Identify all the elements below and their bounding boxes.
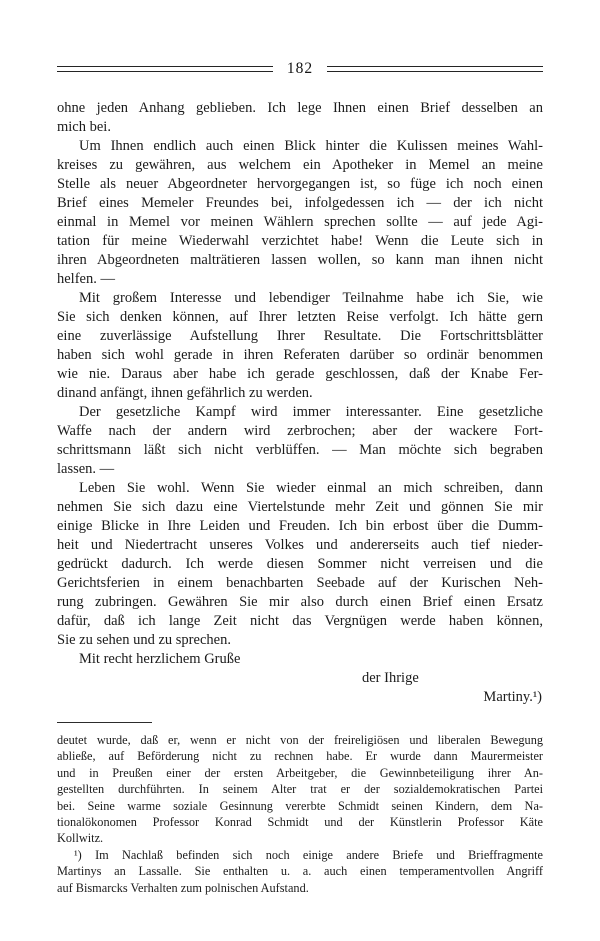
text-line: dinand anfängt, ihnen gefährlich zu werd… xyxy=(57,384,543,403)
text-line: wie nie. Daraus aber habe ich gerade ges… xyxy=(57,365,543,384)
text-line: Um Ihnen endlich auch einen Blick hinter… xyxy=(57,137,543,156)
paragraph: Mit recht herzlichem Gruße xyxy=(57,650,543,669)
footnote-separator xyxy=(57,722,152,723)
text-line: lassen. — xyxy=(57,460,543,479)
text-line: Sie sich denken können, auf Ihrer letzte… xyxy=(57,308,543,327)
paragraph: Der gesetzliche Kampf wird immer interes… xyxy=(57,403,543,479)
text-line: Mit recht herzlichem Gruße xyxy=(57,650,543,669)
text-line: gestellten durchführten. In seinem Alter… xyxy=(57,781,543,797)
text-line: tionalökonomen Professor Konrad Schmidt … xyxy=(57,814,543,830)
text-line: haben sich wohl gerade in ihren Referate… xyxy=(57,346,543,365)
text-line: Gerichtsferien in einem benachbarten See… xyxy=(57,574,543,593)
text-line: gedrückt dadurch. Ich werde diesen Somme… xyxy=(57,555,543,574)
text-line: Leben Sie wohl. Wenn Sie wieder einmal a… xyxy=(57,479,543,498)
book-page: 182 ohne jeden Anhang geblieben. Ich leg… xyxy=(0,0,600,941)
text-line: Martinys an Lassalle. Sie enthalten u. a… xyxy=(57,863,543,879)
paragraph: Leben Sie wohl. Wenn Sie wieder einmal a… xyxy=(57,479,543,650)
text-line: dafür, daß ich lange Zeit nicht das Verg… xyxy=(57,612,543,631)
text-line: kreises zu gewähren, aus welchem ein Apo… xyxy=(57,156,543,175)
text-line: Mit großem Interesse und lebendiger Teil… xyxy=(57,289,543,308)
text-line: bei. Seine warme soziale Gesinnung verer… xyxy=(57,798,543,814)
paragraph: deutet wurde, daß er, wenn er nicht von … xyxy=(57,732,543,847)
text-line: mich bei. xyxy=(57,118,543,137)
header-rule-right xyxy=(327,66,543,72)
text-line: Waffe nach der andern wird zerbrochen; a… xyxy=(57,422,543,441)
letter-body: ohne jeden Anhang geblieben. Ich lege Ih… xyxy=(57,99,543,707)
text-line: Sie zu sehen und zu sprechen. xyxy=(57,631,543,650)
running-head: 182 xyxy=(57,62,543,76)
valediction: der Ihrige xyxy=(57,669,543,688)
text-line: ihren Abgeordneten malträtieren lassen w… xyxy=(57,251,543,270)
text-line: rung zubringen. Gewähren Sie mir also du… xyxy=(57,593,543,612)
paragraph: ¹) Im Nachlaß befinden sich noch einige … xyxy=(57,847,543,896)
signature: Martiny.¹) xyxy=(57,688,543,707)
paragraph: Um Ihnen endlich auch einen Blick hinter… xyxy=(57,137,543,289)
text-line: Stelle als neuer Abgeordneter hervorgega… xyxy=(57,175,543,194)
text-line: und in Preußen einer der ersten Arbeitge… xyxy=(57,765,543,781)
text-line: Kollwitz. xyxy=(57,830,543,846)
page-number: 182 xyxy=(273,62,327,76)
text-line: einmal in Memel vor meinen Wählern sprec… xyxy=(57,213,543,232)
text-line: helfen. — xyxy=(57,270,543,289)
header-rule-left xyxy=(57,66,273,72)
footnote-paragraphs: deutet wurde, daß er, wenn er nicht von … xyxy=(57,732,543,896)
text-line: tation für meine Wiederwahl verzichtet h… xyxy=(57,232,543,251)
text-line: heit und Niedertracht unseres Volkes und… xyxy=(57,536,543,555)
letter-paragraphs: ohne jeden Anhang geblieben. Ich lege Ih… xyxy=(57,99,543,669)
paragraph: Mit großem Interesse und lebendiger Teil… xyxy=(57,289,543,403)
text-line: schrittsmann läßt sich nicht verblüffen.… xyxy=(57,441,543,460)
text-line: auf Bismarcks Verhalten zum polnischen A… xyxy=(57,880,543,896)
text-line: abließe, auf Beförderung nicht zu rechne… xyxy=(57,748,543,764)
text-line: ohne jeden Anhang geblieben. Ich lege Ih… xyxy=(57,99,543,118)
text-line: deutet wurde, daß er, wenn er nicht von … xyxy=(57,732,543,748)
text-line: ¹) Im Nachlaß befinden sich noch einige … xyxy=(57,847,543,863)
text-line: Brief eines Memeler Freundes bei, infolg… xyxy=(57,194,543,213)
text-line: Der gesetzliche Kampf wird immer interes… xyxy=(57,403,543,422)
paragraph: ohne jeden Anhang geblieben. Ich lege Ih… xyxy=(57,99,543,137)
footnote-section: deutet wurde, daß er, wenn er nicht von … xyxy=(57,732,543,896)
text-line: eine zuverlässige Aufstellung Ihrer Resu… xyxy=(57,327,543,346)
text-line: einige Blicke in Ihre Leiden und Freuden… xyxy=(57,517,543,536)
text-line: nehmen Sie sich dazu eine Viertelstunde … xyxy=(57,498,543,517)
